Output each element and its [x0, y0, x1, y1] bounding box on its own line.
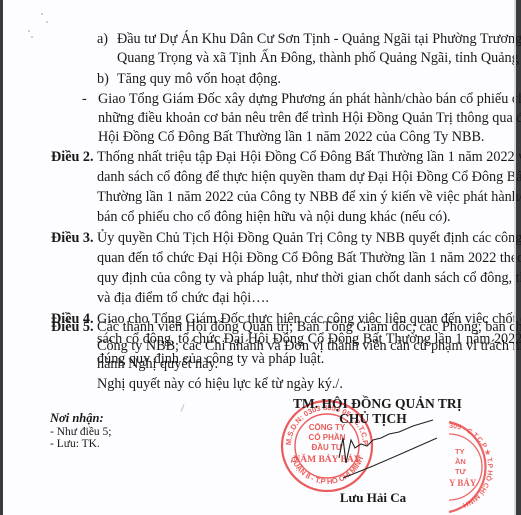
scan-speck	[31, 36, 33, 38]
article-5-line-2: Công ty NBB; các Chi nhánh và Đơn vị thà…	[97, 337, 466, 355]
recipients-heading: Nơi nhận:	[50, 412, 104, 425]
article-2-label: Điều 2.	[51, 148, 94, 166]
signature-title: TM. HỘI ĐỒNG QUẢN TRỊ	[293, 396, 453, 412]
dash-line-2: những điều khoản cơ bản nêu trên để trìn…	[98, 109, 466, 127]
dash-marker: -	[82, 90, 87, 108]
item-b-marker: b)	[97, 70, 109, 88]
article-5-line-3: hành Nghị quyết này.	[97, 355, 218, 373]
article-3-line-2: quan đến tổ chức Đại Hội Đồng Cổ Đông Bấ…	[97, 249, 466, 267]
article-3-line-3: quy định của công ty và pháp luật, như t…	[97, 269, 466, 287]
scan-speck	[46, 21, 48, 23]
scan-speck	[41, 13, 43, 15]
company-seal-stamp-partial: 305 - C.T.C.P ★ T.P HỒ CHÍ MINH TY ẦN TƯ…	[447, 420, 507, 514]
scan-speck	[28, 30, 30, 32]
article-5-label: Điều 5.	[51, 318, 94, 336]
scan-speck	[180, 404, 184, 412]
article-2-line-1: Thống nhất triệu tập Đại Hội Đồng Cổ Đôn…	[97, 148, 466, 166]
item-a-marker: a)	[97, 30, 108, 48]
page-edge	[514, 0, 516, 515]
item-b-line-1: Tăng quy mô vốn hoạt động.	[117, 70, 281, 88]
svg-text:TY: TY	[455, 447, 465, 456]
recipient-item: - Lưu: TK.	[50, 438, 100, 451]
article-2-line-2: danh sách cổ đông để thực hiện quyền tha…	[97, 168, 466, 186]
signatory-name: Lưu Hải Ca	[293, 490, 453, 506]
article-2-line-4: bán cổ phiếu cho cổ đông hiện hữu và nội…	[97, 208, 451, 226]
article-2-line-3: Thường lần 1 năm 2022 của Công ty NBB để…	[97, 188, 466, 206]
svg-text:ẦN: ẦN	[455, 456, 466, 466]
handwritten-signature	[333, 418, 443, 483]
dash-line-3: Hội Đồng Cổ Đông Bất Thường lần 1 năm 20…	[98, 128, 484, 146]
svg-text:Y BẢY: Y BẢY	[449, 478, 477, 488]
document-page: a) Đầu tư Dự Án Khu Dân Cư Sơn Tịnh - Qu…	[3, 0, 515, 515]
article-5-line-1: Các thành viên Hội đồng Quản trị; Ban Tổ…	[97, 318, 466, 336]
article-3-line-1: Ủy quyền Chủ Tịch Hội Đồng Quản Trị Công…	[97, 229, 466, 247]
article-5-line-4: Nghị quyết này có hiệu lực kể từ ngày ký…	[97, 375, 343, 393]
article-3-line-4: và địa điểm tổ chức đại hội….	[97, 289, 269, 307]
item-a-line-2: Quang Trọng và xã Tịnh Ấn Đông, thành ph…	[117, 49, 521, 67]
article-3-label: Điều 3.	[51, 229, 94, 247]
dash-line-1: Giao Tổng Giám Đốc xây dựng Phương án ph…	[98, 90, 466, 108]
svg-text:TƯ: TƯ	[455, 467, 467, 476]
item-a-line-1: Đầu tư Dự Án Khu Dân Cư Sơn Tịnh - Quảng…	[117, 30, 466, 48]
